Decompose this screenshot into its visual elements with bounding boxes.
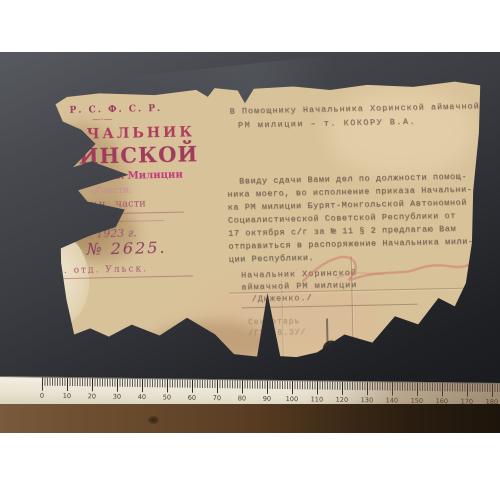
letterhead-ornament: —·— — [92, 115, 113, 125]
place-line: с. отд. Ульск. — [57, 264, 148, 276]
paper-stain — [325, 85, 477, 178]
wood-knot — [148, 416, 159, 424]
letterhead-rule — [44, 212, 184, 216]
letterhead-department-line: По админ. части — [45, 198, 145, 211]
letterhead-militia-line: й Раб.-Крес. Милиции — [53, 170, 183, 184]
body-line: 17 октября с/г за № 11 § 2 предлагаю Вам — [228, 224, 456, 239]
letterhead-rab-kres: й Раб.-Крес. — [53, 171, 128, 184]
red-pencil-signature — [297, 245, 476, 295]
handwritten-department: админ. — [63, 199, 112, 211]
document-paper: Р. С. Ф. С. Р. —·— НАЧАЛЬНИК ОРИНСКОЙ й … — [25, 75, 493, 373]
letterhead-country: Р. С. Ф. С. Р. — [69, 104, 162, 116]
secretary-line-2: /ГУЗ.В.ЗУ/ — [248, 328, 306, 338]
letterhead-oblast-line: области. — [91, 186, 132, 197]
secretary-line-1: Секретарь — [248, 317, 300, 327]
letterhead-rule — [44, 220, 164, 224]
letterhead-militia-word: Милиции — [128, 170, 183, 182]
body-line: Социалистической Советской Республики от — [228, 211, 456, 226]
wood-table-edge — [0, 404, 500, 433]
letterhead-title-khorinskoy: ОРИНСКОЙ — [42, 141, 198, 169]
ink-blot — [322, 340, 337, 356]
letterhead-title-nachalnik: НАЧАЛЬНИК — [56, 124, 195, 143]
photo-of-document: Р. С. Ф. С. Р. —·— НАЧАЛЬНИК ОРИНСКОЙ й … — [0, 52, 500, 433]
document-number: № 2625. — [86, 238, 166, 259]
